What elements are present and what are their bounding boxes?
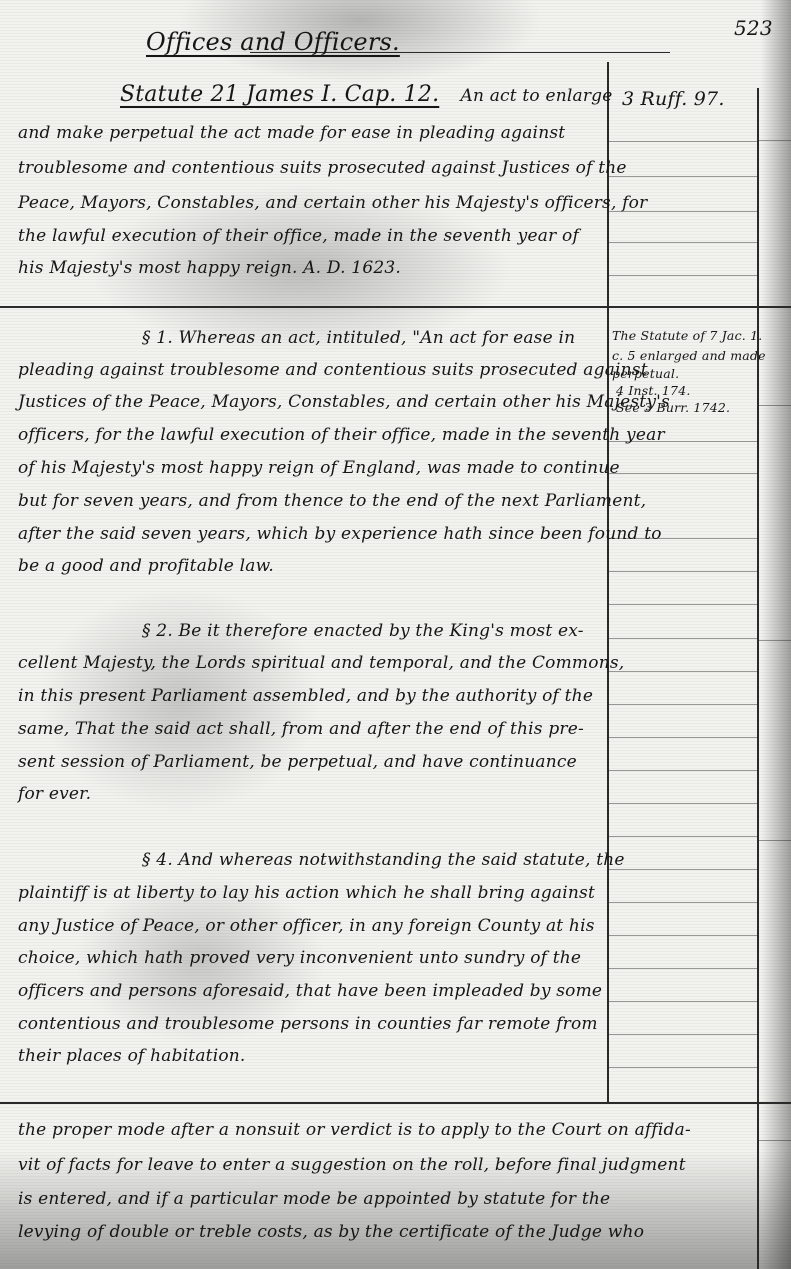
margin-rule	[609, 473, 757, 474]
margin-rule	[759, 840, 791, 841]
margin-rule	[609, 141, 757, 142]
margin-rule	[609, 803, 757, 804]
margin-rule	[609, 836, 757, 837]
margin-rule	[609, 571, 757, 572]
margin-rule	[609, 869, 757, 870]
margin-rule	[609, 935, 757, 936]
margin-rule	[609, 638, 757, 639]
margin-citation-ruff: 3 Ruff. 97.	[622, 90, 725, 109]
margin-note-line: See 3 Burr. 1742.	[616, 402, 730, 415]
margin-rule	[609, 1067, 757, 1068]
margin-note-line: The Statute of 7 Jac. 1.	[612, 330, 762, 343]
intro-line: Peace, Mayors, Constables, and certain o…	[18, 195, 603, 212]
section-2-line: § 2. Be it therefore enacted by the King…	[142, 623, 584, 640]
page-edge-shadow	[761, 0, 791, 1269]
margin-rule	[759, 640, 791, 641]
footnote-line: the proper mode after a nonsuit or verdi…	[18, 1122, 691, 1139]
section-1-line: but for seven years, and from thence to …	[18, 493, 646, 510]
section-4-line: § 4. And whereas notwithstanding the sai…	[142, 852, 625, 869]
margin-rule	[609, 1034, 757, 1035]
section-4-line: choice, which hath proved very inconveni…	[18, 950, 581, 967]
margin-rule	[609, 671, 757, 672]
section-1-line: of his Majesty's most happy reign of Eng…	[18, 460, 620, 477]
margin-rule	[609, 242, 757, 243]
margin-rule	[759, 405, 791, 406]
section-2-line: in this present Parliament assembled, an…	[18, 688, 593, 705]
margin-rule	[609, 604, 757, 605]
section-1-line: § 1. Whereas an act, intituled, "An act …	[142, 330, 575, 347]
section-2-line: for ever.	[18, 786, 91, 803]
margin-rule	[609, 275, 757, 276]
statute-heading-tail: An act to enlarge	[460, 86, 612, 106]
footnote-line: is entered, and if a particular mode be …	[18, 1191, 610, 1208]
margin-rule	[609, 902, 757, 903]
margin-rule	[609, 1001, 757, 1002]
section-2-line: sent session of Parliament, be perpetual…	[18, 754, 577, 771]
page-title: Offices and Officers.	[146, 30, 400, 54]
manuscript-page: 523 Offices and Officers. Statute 21 Jam…	[0, 0, 791, 1269]
section-4-line: plaintiff is at liberty to lay his actio…	[18, 885, 595, 902]
section-1-line: pleading against troublesome and content…	[18, 362, 648, 379]
margin-note-line: c. 5 enlarged and made	[612, 350, 766, 363]
margin-rule	[609, 737, 757, 738]
margin-column-left-line	[607, 62, 609, 1104]
margin-rule	[609, 176, 757, 177]
section-1-line: be a good and profitable law.	[18, 558, 274, 575]
section-1-line: after the said seven years, which by exp…	[18, 526, 662, 543]
section-2-line: same, That the said act shall, from and …	[18, 721, 584, 738]
intro-line: troublesome and contentious suits prosec…	[18, 160, 603, 177]
footnote-rule	[0, 1102, 791, 1104]
section-4-line: their places of habitation.	[18, 1048, 246, 1065]
margin-rule	[759, 1140, 791, 1141]
section-2-line: cellent Majesty, the Lords spiritual and…	[18, 655, 624, 672]
margin-rule	[609, 704, 757, 705]
section-1-line: Justices of the Peace, Mayors, Constable…	[18, 394, 670, 411]
margin-rule	[759, 140, 791, 141]
statute-citation: Statute 21 James I. Cap. 12.	[120, 82, 439, 107]
intro-line: the lawful execution of their office, ma…	[18, 228, 603, 245]
section-1-line: officers, for the lawful execution of th…	[18, 427, 665, 444]
section-rule-1	[0, 306, 791, 308]
margin-note-line: 4 Inst. 174.	[616, 385, 691, 398]
footnote-line: vit of facts for leave to enter a sugges…	[18, 1157, 686, 1174]
statute-heading: Statute 21 James I. Cap. 12. An act to e…	[120, 84, 613, 106]
margin-rule	[609, 770, 757, 771]
section-4-line: contentious and troublesome persons in c…	[18, 1016, 598, 1033]
section-4-line: any Justice of Peace, or other officer, …	[18, 918, 595, 935]
intro-line: and make perpetual the act made for ease…	[18, 125, 603, 142]
intro-line: his Majesty's most happy reign. A. D. 16…	[18, 260, 401, 277]
margin-column-right-line	[757, 88, 759, 1269]
footnote-line: levying of double or treble costs, as by…	[18, 1224, 644, 1241]
margin-note-line: perpetual.	[612, 368, 679, 381]
section-4-line: officers and persons aforesaid, that hav…	[18, 983, 602, 1000]
margin-rule	[609, 968, 757, 969]
page-number: 523	[734, 18, 773, 38]
